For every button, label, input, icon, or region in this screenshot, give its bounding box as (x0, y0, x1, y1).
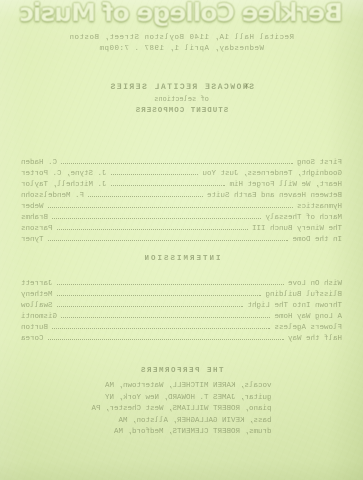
composer-name: Tyner (21, 236, 44, 244)
composer-name: Metheny (21, 291, 53, 299)
dotted-leader (48, 240, 289, 241)
composer-name: Parsons (21, 225, 53, 233)
program-row: Blissful Building Metheny (21, 291, 342, 302)
intermission-label: INTERMISSION (0, 255, 363, 263)
pencil-mark: x (244, 81, 249, 91)
piece-title: Hymnastics (297, 203, 342, 211)
dotted-leader (88, 196, 203, 197)
program-row: Wish On Love Jarrett (21, 280, 342, 291)
performers-list: vocals, KAREN MITCHELL, Watertown, MA gu… (0, 381, 363, 439)
dotted-leader (57, 295, 262, 296)
concert-presenter: STUDENT COMPOSERS (0, 107, 363, 115)
composer-name: C. Haden (21, 159, 57, 167)
masthead-logo-text: Berklee College of Music (0, 0, 363, 27)
piece-title: Flowers Ageless (274, 324, 342, 332)
composer-name: J. Mitchell, Taylor (21, 181, 107, 189)
dotted-leader (111, 174, 199, 175)
program-row: Between Heaven and Earth Suite F. Mendel… (21, 192, 342, 203)
program-row: First Song C. Haden (21, 159, 342, 170)
program-row: Flowers Ageless Burton (21, 324, 342, 335)
program-list-part2: Wish On Love Jarrett Blissful Building M… (21, 280, 342, 346)
composer-name: Brahms (21, 214, 48, 222)
composer-name: Swallow (21, 302, 53, 310)
dotted-leader (52, 328, 270, 329)
scanned-program-page: Berklee College of Music Recital Hall 1A… (0, 0, 363, 480)
performer-line: bass, KEVIN GALLAGHER, Allston, MA (91, 416, 271, 428)
performer-line: piano, ROBERT WILLIAMS, West Chester, PA (91, 404, 271, 416)
piece-title: First Song (297, 159, 342, 167)
composer-name: Corea (21, 335, 44, 343)
dotted-leader (61, 163, 293, 164)
dotted-leader (57, 229, 248, 230)
dotted-leader (48, 339, 284, 340)
venue-line: Recital Hall 1A, 1140 Boylston Street, B… (0, 34, 363, 42)
dotted-leader (57, 284, 284, 285)
program-row: Heart, We Will Forget Him J. Mitchell, T… (21, 181, 342, 192)
piece-title: A Long Way Home (274, 313, 342, 321)
piece-title: Thrown Into The Light (247, 302, 342, 310)
performer-line: drums, ROBERT CLEMENTS, Medford, MA (91, 427, 271, 439)
composer-name: J. Styne, C. Porter (21, 170, 107, 178)
piece-title: Between Heaven and Earth Suite (207, 192, 342, 200)
piece-title: Blissful Building (265, 291, 342, 299)
program-row: March of Thessaly Brahms (21, 214, 342, 225)
piece-title: Goodnight, Tenderness, Just You (202, 170, 342, 178)
dotted-leader (57, 306, 244, 307)
program-row: A Long Way Home Gismonti (21, 313, 342, 324)
program-row: Hymnastics Weber (21, 203, 342, 214)
dotted-leader (61, 317, 270, 318)
piece-title: The Winery Bunch III (252, 225, 342, 233)
program-row: Goodnight, Tenderness, Just You J. Styne… (21, 170, 342, 181)
composer-name: F. Mendelssohn (21, 192, 84, 200)
program-row: Half the Way Corea (21, 335, 342, 346)
piece-title: Half the Way (288, 335, 342, 343)
performer-line: vocals, KAREN MITCHELL, Watertown, MA (91, 381, 271, 393)
performers-heading: THE PERFORMERS (0, 367, 363, 375)
piece-title: Wish On Love (288, 280, 342, 288)
composer-name: Weber (21, 203, 44, 211)
piece-title: March of Thessaly (265, 214, 342, 222)
dotted-leader (111, 185, 226, 186)
dotted-leader (48, 207, 293, 208)
concert-subtitle: of selections (0, 96, 363, 104)
piece-title: Heart, We Will Forget Him (229, 181, 342, 189)
program-row: The Winery Bunch III Parsons (21, 225, 342, 236)
composer-name: Burton (21, 324, 48, 332)
composer-name: Jarrett (21, 280, 53, 288)
dotted-leader (52, 218, 261, 219)
program-row: In the Dome Tyner (21, 236, 342, 247)
concert-title: SHOWCASE RECITAL SERIES (0, 83, 363, 92)
bleedthrough-layer: Berklee College of Music Recital Hall 1A… (0, 0, 363, 480)
piece-title: In the Dome (292, 236, 342, 244)
program-row: Thrown Into The Light Swallow (21, 302, 342, 313)
datetime-line: Wednesday, April 1, 1987 . 7:00pm (0, 45, 363, 53)
composer-name: Gismonti (21, 313, 57, 321)
program-list-part1: First Song C. Haden Goodnight, Tendernes… (21, 159, 342, 247)
performer-line: guitar, JAMES T. HOWARD, New York, NY (91, 393, 271, 405)
